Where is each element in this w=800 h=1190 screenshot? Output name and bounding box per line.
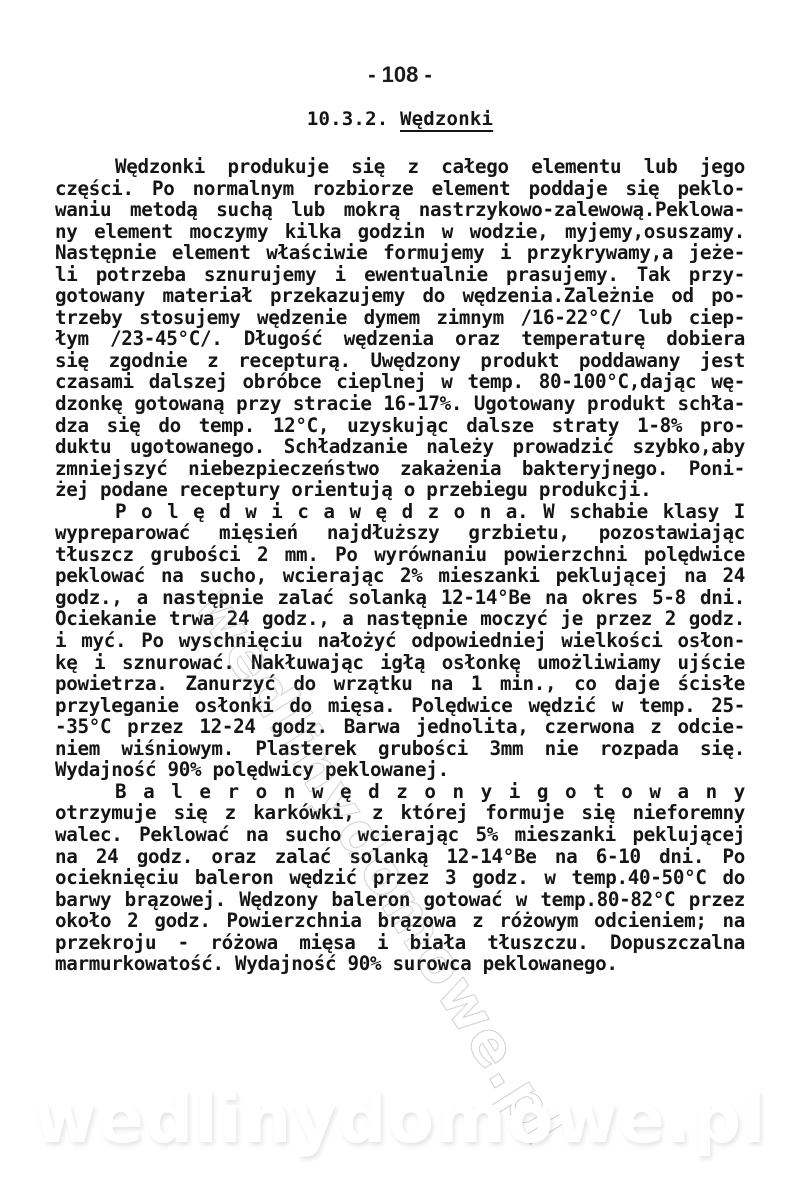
section-title: Wędzonki: [400, 108, 493, 130]
text-line: około 2 godz. Powierzchnia brązowa z róż…: [55, 910, 745, 932]
text-line: wypreparować mięsień najdłuższy grzbietu…: [55, 522, 745, 544]
text-line: ocieknięciu baleron wędzić przez 3 godz.…: [55, 867, 745, 889]
text-line: Następnie element właściwie formujemy i …: [55, 242, 745, 264]
section-number: 10.3.2.: [307, 108, 388, 130]
text-line: przyleganie osłonki do mięsa. Polędwice …: [55, 695, 745, 717]
text-line: godz., a następnie zalać solanką 12-14°B…: [55, 587, 745, 609]
document-page: - 108 - 10.3.2. Wędzonki Wędzonki produk…: [0, 0, 800, 1190]
text-line: Ociekanie trwa 24 godz., a następnie moc…: [55, 608, 745, 630]
text-line: czasami dalszej obróbce cieplnej w temp.…: [55, 371, 745, 393]
text-line: łym /23-45°C/. Długość wędzenia oraz tem…: [55, 328, 745, 350]
text-line: li potrzeba sznurujemy i ewentualnie pra…: [55, 264, 745, 286]
text-line: Wędzonki produkuje się z całego elementu…: [55, 156, 745, 178]
text-line: P o l ę d w i c a w ę d z o n a. W schab…: [55, 501, 745, 523]
text-line: dzonkę gotowaną przy stracie 16-17%. Ugo…: [55, 393, 745, 415]
text-line: barwy brązowej. Wędzony baleron gotować …: [55, 889, 745, 911]
text-line: marmurkowatość. Wydajność 90% surowca pe…: [55, 953, 745, 975]
text-line: -35°C przez 12-24 godz. Barwa jednolita,…: [55, 716, 745, 738]
text-line: tłuszcz grubości 2 mm. Po wyrównaniu pow…: [55, 544, 745, 566]
section-heading: 10.3.2. Wędzonki: [0, 108, 800, 130]
text-line: waniu metodą suchą lub mokrą nastrzykowo…: [55, 199, 745, 221]
text-line: niem wiśniowym. Plasterek grubości 3mm n…: [55, 738, 745, 760]
text-line: trzeby stosujemy wędzenie dymem zimnym /…: [55, 307, 745, 329]
text-line: dza się do temp. 12°C, uzyskując dalsze …: [55, 415, 745, 437]
text-line: części. Po normalnym rozbiorze element p…: [55, 178, 745, 200]
text-line: kę i sznurować. Nakłuwając igłą osłonkę …: [55, 652, 745, 674]
text-line: na 24 godz. oraz zalać solanką 12-14°Be …: [55, 846, 745, 868]
text-line: Wydajność 90% polędwicy peklowanej.: [55, 759, 745, 781]
text-line: duktu ugotowanego. Schładzanie należy pr…: [55, 436, 745, 458]
text-line: powietrza. Zanurzyć do wrzątku na 1 min.…: [55, 673, 745, 695]
text-line: zmniejszyć niebezpieczeństwo zakażenia b…: [55, 458, 745, 480]
body-text: Wędzonki produkuje się z całego elementu…: [55, 156, 745, 975]
text-line: gotowany materiał przekazujemy do wędzen…: [55, 285, 745, 307]
page-number: - 108 -: [0, 62, 800, 88]
text-line: i myć. Po wyschnięciu nałożyć odpowiedni…: [55, 630, 745, 652]
text-line: otrzymuje się z karkówki, z której formu…: [55, 802, 745, 824]
text-line: się zgodnie z recepturą. Uwędzony produk…: [55, 350, 745, 372]
text-line: ny element moczymy kilka godzin w wodzie…: [55, 221, 745, 243]
text-line: walec. Peklować na sucho wcierając 5% mi…: [55, 824, 745, 846]
text-line: B a l e r o n w ę d z o n y i g o t o w …: [55, 781, 745, 803]
text-line: żej podane receptury orientują o przebie…: [55, 479, 745, 501]
text-line: przekroju - różowa mięsa i biała tłuszcz…: [55, 932, 745, 954]
bottom-watermark: wedlinydomowe.pl: [0, 1080, 800, 1159]
text-line: peklować na sucho, wcierając 2% mieszank…: [55, 565, 745, 587]
